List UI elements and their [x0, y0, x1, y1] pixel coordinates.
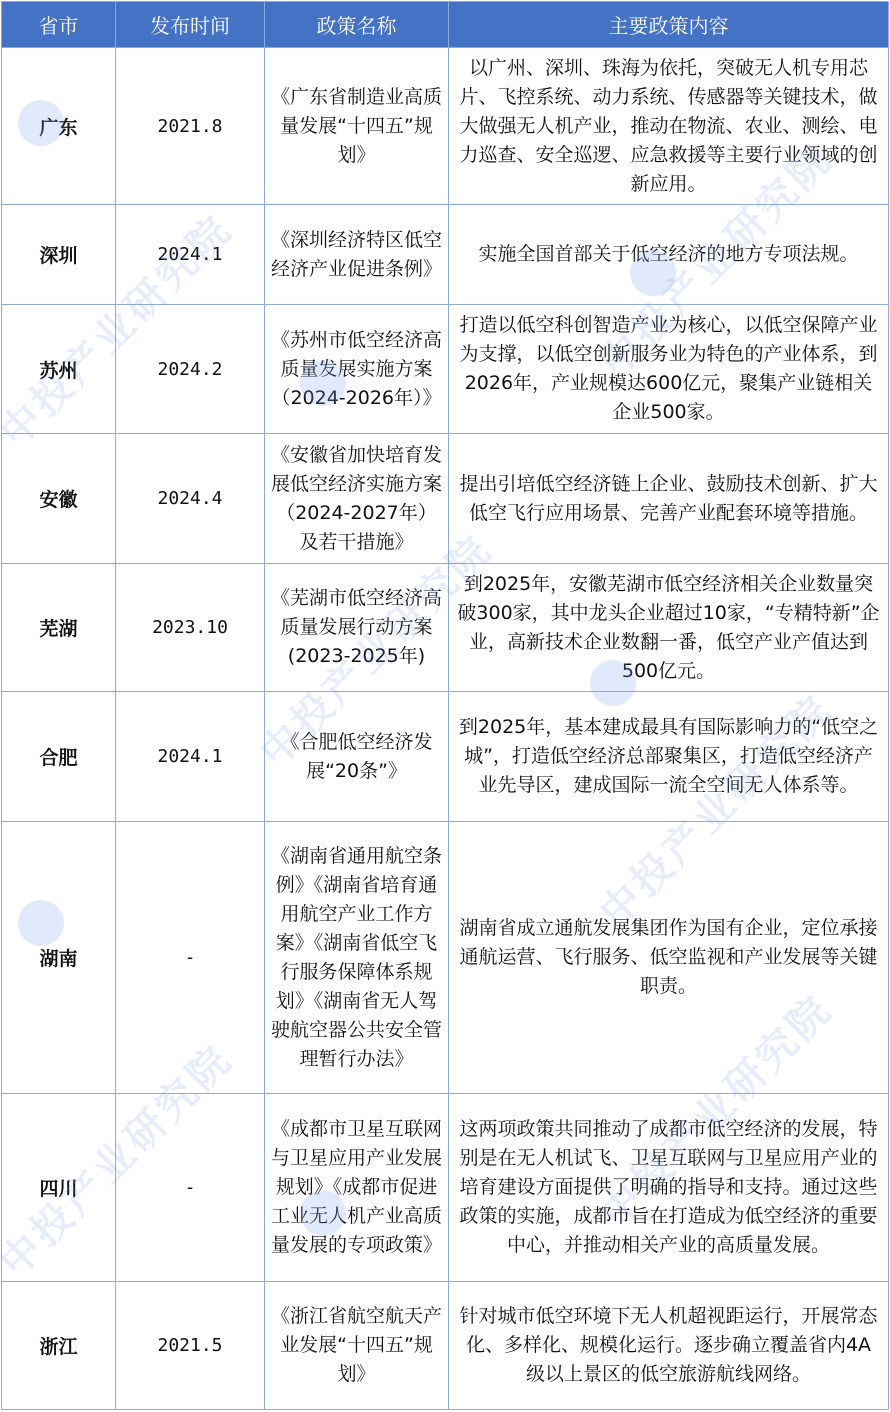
- date-cell: 2024.4: [116, 434, 265, 564]
- table-row: 广东 2021.8 《广东省制造业高质量发展“十四五”规划》 以广州、深圳、珠海…: [2, 48, 889, 205]
- header-content: 主要政策内容: [449, 2, 889, 48]
- header-row: 省市 发布时间 政策名称 主要政策内容: [2, 2, 889, 48]
- header-date: 发布时间: [116, 2, 265, 48]
- content-cell: 打造以低空科创智造产业为核心，以低空保障产业为支撑，以低空创新服务业为特色的产业…: [449, 305, 889, 434]
- policy-name-cell: 《苏州市低空经济高质量发展实施方案（2024-2026年）》: [265, 305, 449, 434]
- date-cell: 2023.10: [116, 564, 265, 692]
- date-cell: -: [116, 822, 265, 1094]
- table-row: 苏州 2024.2 《苏州市低空经济高质量发展实施方案（2024-2026年）》…: [2, 305, 889, 434]
- table-row: 合肥 2024.1 《合肥低空经济发展“20条”》 到2025年，基本建成最具有…: [2, 692, 889, 822]
- policy-name-cell: 《成都市卫星互联网与卫星应用产业发展规划》《成都市促进工业无人机产业高质量发展的…: [265, 1094, 449, 1282]
- province-cell: 四川: [2, 1094, 116, 1282]
- content-cell: 到2025年，基本建成最具有国际影响力的“低空之城”，打造低空经济总部聚集区，打…: [449, 692, 889, 822]
- date-cell: 2021.8: [116, 48, 265, 205]
- date-cell: 2024.2: [116, 305, 265, 434]
- province-cell: 浙江: [2, 1282, 116, 1410]
- policy-table: 省市 发布时间 政策名称 主要政策内容 广东 2021.8 《广东省制造业高质量…: [1, 1, 889, 1410]
- table-row: 安徽 2024.4 《安徽省加快培育发展低空经济实施方案（2024-2027年）…: [2, 434, 889, 564]
- table-row: 湖南 - 《湖南省通用航空条例》《湖南省培育通用航空产业工作方案》《湖南省低空飞…: [2, 822, 889, 1094]
- table-row: 四川 - 《成都市卫星互联网与卫星应用产业发展规划》《成都市促进工业无人机产业高…: [2, 1094, 889, 1282]
- policy-name-cell: 《安徽省加快培育发展低空经济实施方案（2024-2027年）及若干措施》: [265, 434, 449, 564]
- policy-name-cell: 《深圳经济特区低空经济产业促进条例》: [265, 205, 449, 305]
- policy-name-cell: 《广东省制造业高质量发展“十四五”规划》: [265, 48, 449, 205]
- content-cell: 实施全国首部关于低空经济的地方专项法规。: [449, 205, 889, 305]
- content-cell: 以广州、深圳、珠海为依托，突破无人机专用芯片、飞控系统、动力系统、传感器等关键技…: [449, 48, 889, 205]
- province-cell: 湖南: [2, 822, 116, 1094]
- date-cell: 2024.1: [116, 692, 265, 822]
- header-policy-name: 政策名称: [265, 2, 449, 48]
- date-cell: -: [116, 1094, 265, 1282]
- province-cell: 广东: [2, 48, 116, 205]
- policy-name-cell: 《浙江省航空航天产业发展“十四五”规划》: [265, 1282, 449, 1410]
- province-cell: 合肥: [2, 692, 116, 822]
- content-cell: 湖南省成立通航发展集团作为国有企业，定位承接通航运营、飞行服务、低空监视和产业发…: [449, 822, 889, 1094]
- table-row: 深圳 2024.1 《深圳经济特区低空经济产业促进条例》 实施全国首部关于低空经…: [2, 205, 889, 305]
- table-row: 浙江 2021.5 《浙江省航空航天产业发展“十四五”规划》 针对城市低空环境下…: [2, 1282, 889, 1410]
- province-cell: 苏州: [2, 305, 116, 434]
- date-cell: 2024.1: [116, 205, 265, 305]
- date-cell: 2021.5: [116, 1282, 265, 1410]
- province-cell: 安徽: [2, 434, 116, 564]
- content-cell: 针对城市低空环境下无人机超视距运行，开展常态化、多样化、规模化运行。逐步确立覆盖…: [449, 1282, 889, 1410]
- policy-name-cell: 《湖南省通用航空条例》《湖南省培育通用航空产业工作方案》《湖南省低空飞行服务保障…: [265, 822, 449, 1094]
- table-row: 芜湖 2023.10 《芜湖市低空经济高质量发展行动方案(2023-2025年)…: [2, 564, 889, 692]
- policy-name-cell: 《合肥低空经济发展“20条”》: [265, 692, 449, 822]
- province-cell: 深圳: [2, 205, 116, 305]
- content-cell: 这两项政策共同推动了成都市低空经济的发展，特别是在无人机试飞、卫星互联网与卫星应…: [449, 1094, 889, 1282]
- content-cell: 提出引培低空经济链上企业、鼓励技术创新、扩大低空飞行应用场景、完善产业配套环境等…: [449, 434, 889, 564]
- province-cell: 芜湖: [2, 564, 116, 692]
- content-cell: 到2025年，安徽芜湖市低空经济相关企业数量突破300家，其中龙头企业超过10家…: [449, 564, 889, 692]
- policy-name-cell: 《芜湖市低空经济高质量发展行动方案(2023-2025年): [265, 564, 449, 692]
- header-province: 省市: [2, 2, 116, 48]
